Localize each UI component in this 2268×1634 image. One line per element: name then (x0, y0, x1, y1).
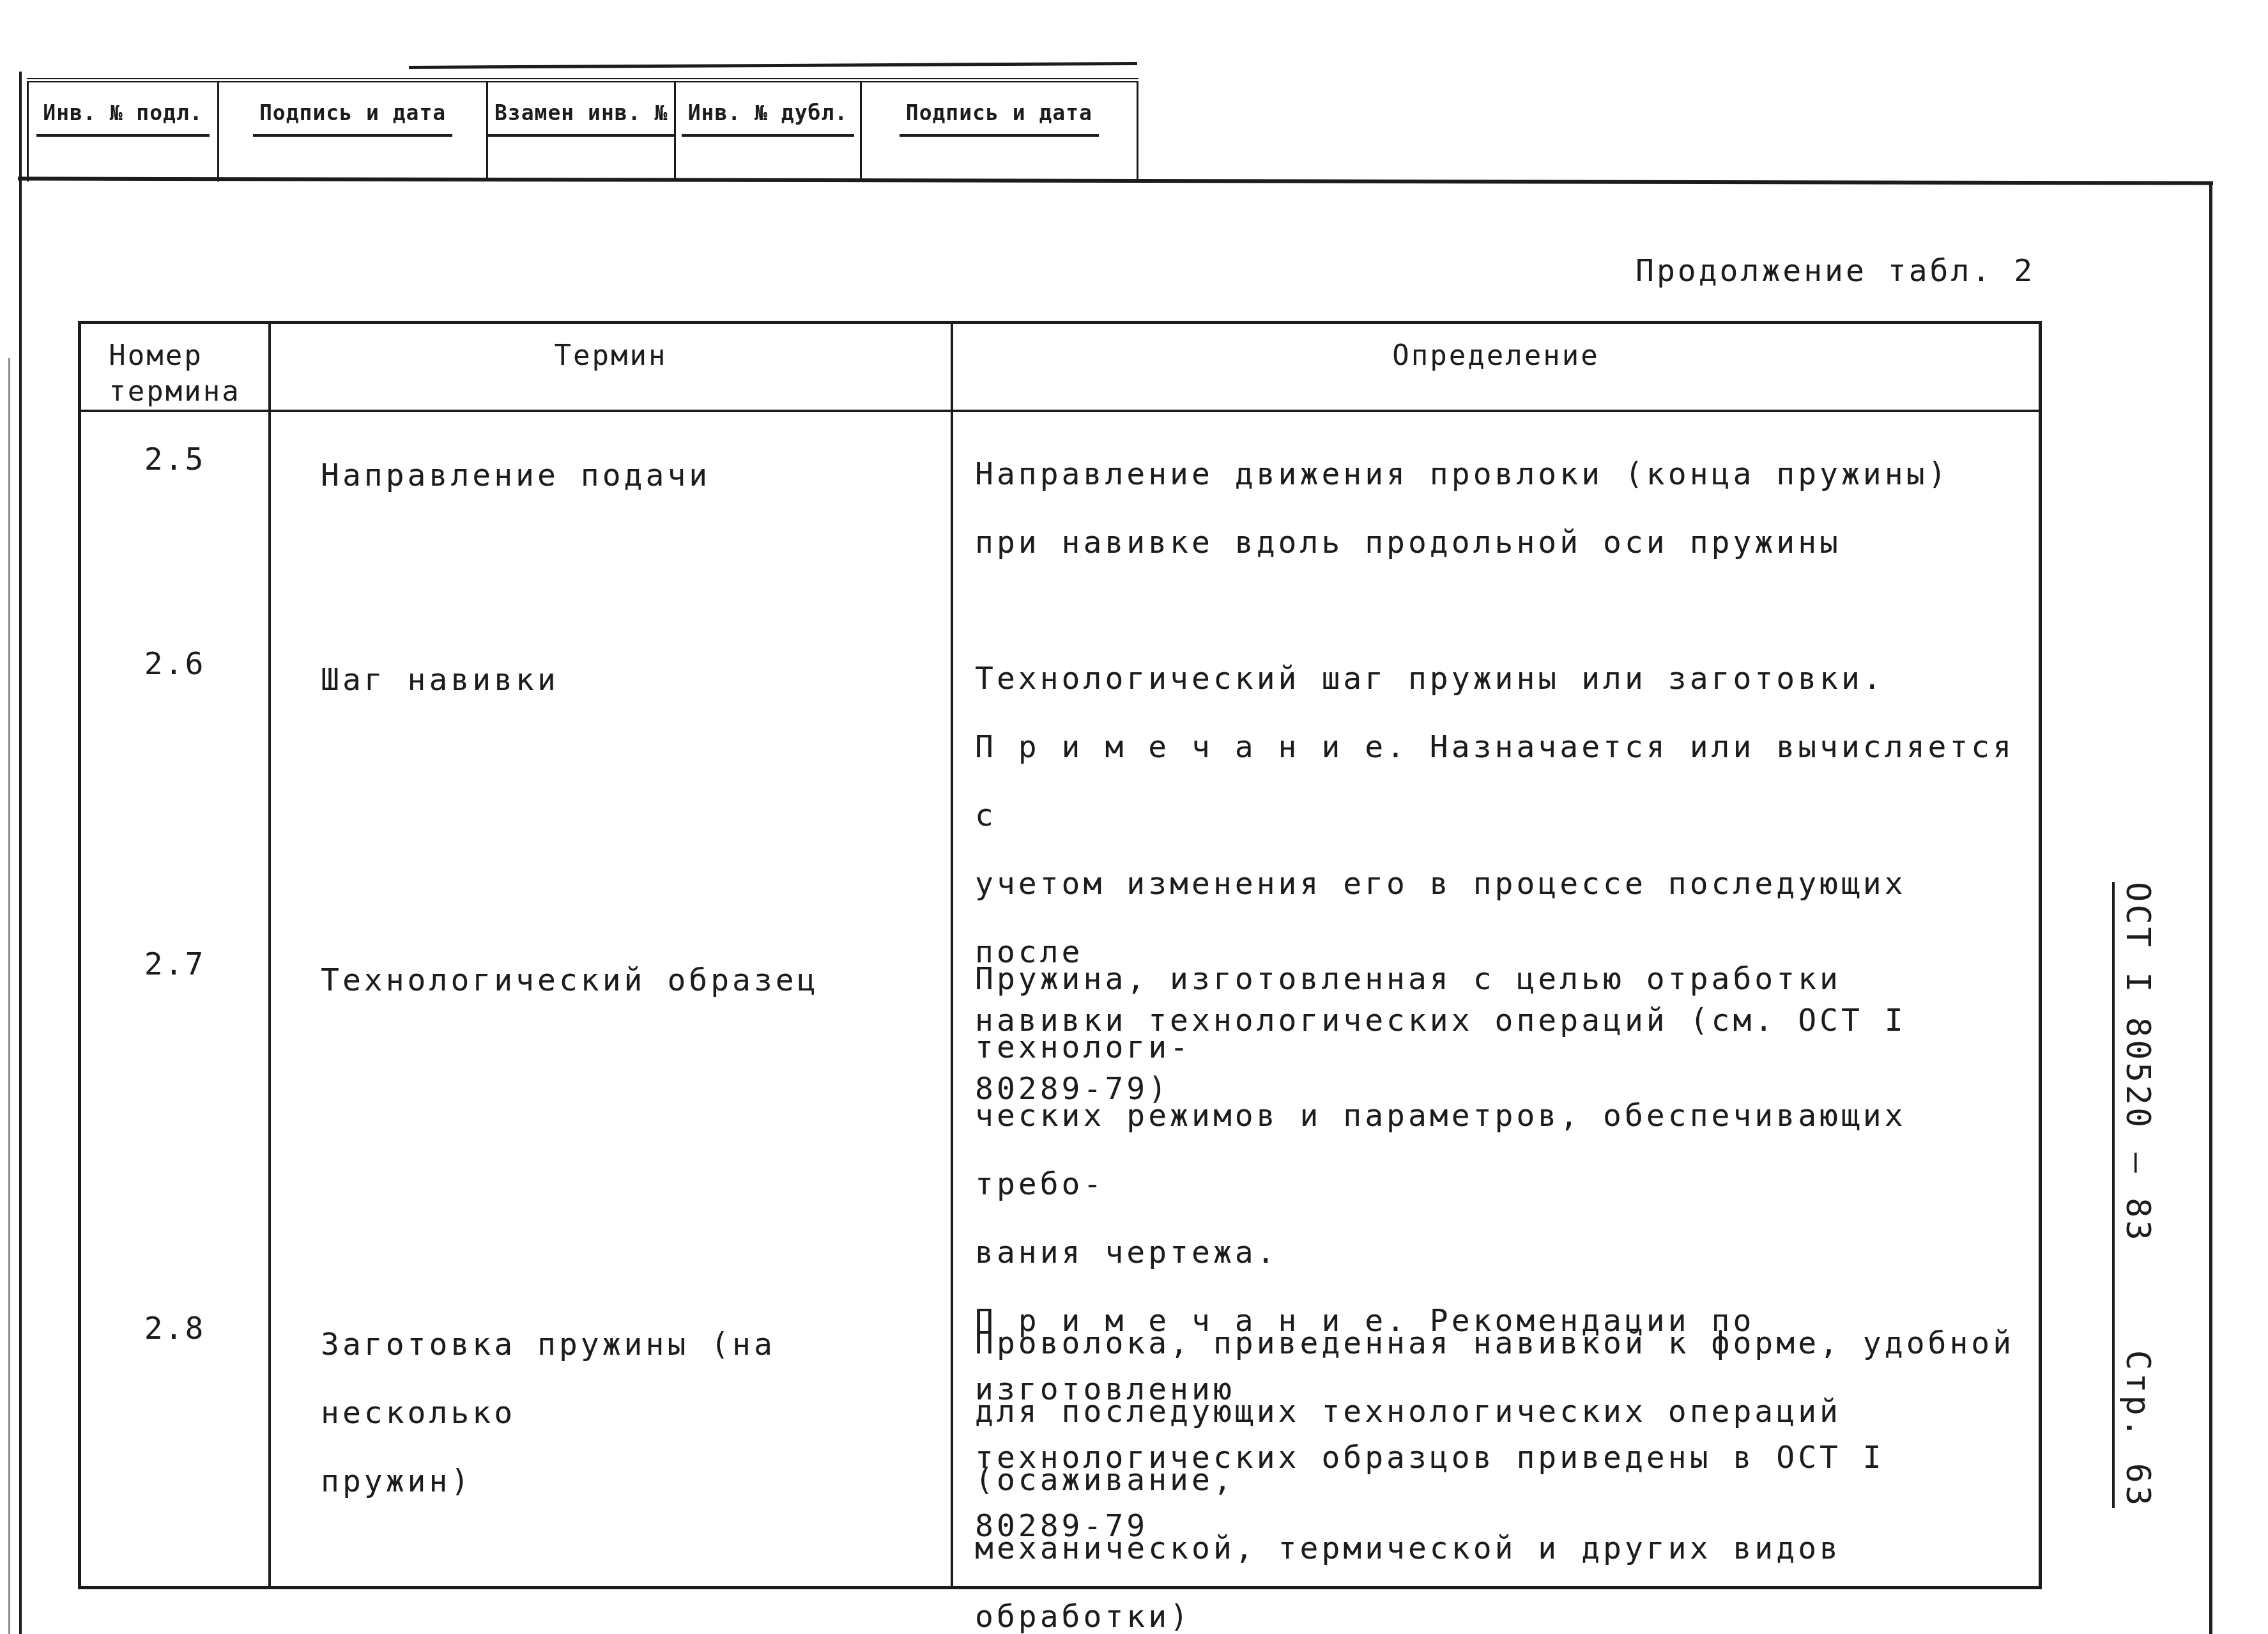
stamp-cell-vzamen-inv: Взамен инв. № (488, 82, 676, 181)
header-term-number: Номер термина (81, 324, 268, 412)
row-2-8-term: Заготовка пружины (на несколько пружин) (268, 1281, 951, 1586)
stamp-cell-podpis-data-1: Подпись и дата (219, 82, 488, 181)
table-continuation-caption: Продолжение табл. 2 (1636, 253, 2057, 289)
terms-definitions-table: Номер термина Термин Определение 2.5 Нап… (78, 321, 2042, 1589)
header-term: Термин (268, 324, 951, 412)
inventory-stamp-strip: Инв. № подл. Подпись и дата Взамен инв. … (27, 78, 1138, 181)
stamp-cell-inv-podl: Инв. № подл. (27, 82, 219, 181)
page-top-edge-line (409, 62, 1137, 69)
stamp-label: Подпись и дата (253, 100, 452, 137)
page-number: Стр. 63 (2119, 1350, 2157, 1508)
frame-left-shadow-line (8, 358, 10, 1634)
stamp-label: Подпись и дата (900, 100, 1099, 137)
row-2-6-number: 2.6 (81, 617, 268, 917)
row-2-5-definition: Направление движения провлоки (конца пру… (951, 412, 2039, 617)
row-2-5-number: 2.5 (81, 412, 268, 617)
frame-right-line (2209, 184, 2212, 1634)
row-2-6-term: Шаг навивки (268, 617, 951, 917)
row-2-6-definition: Технологический шаг пружины или заготовк… (951, 617, 2039, 917)
stamp-label: Инв. № дубл. (682, 100, 854, 137)
stamp-label: Взамен инв. № (488, 100, 674, 137)
frame-left-line (19, 72, 22, 1634)
row-2-8-number: 2.8 (81, 1281, 268, 1586)
document-number: ОСТ I 80520 — 83 (2119, 882, 2157, 1243)
row-2-7-definition: Пружина, изготовленная с целью отработки… (951, 917, 2039, 1281)
row-2-5-term: Направление подачи (268, 412, 951, 617)
stamp-cell-podpis-data-2: Подпись и дата (862, 82, 1138, 181)
side-document-number-stamp: ОСТ I 80520 — 83 Стр. 63 (2112, 882, 2168, 1508)
row-2-8-definition: Проволока, приведенная навивкой к форме,… (951, 1281, 2039, 1586)
stamp-label: Инв. № подл. (36, 100, 209, 137)
row-2-7-number: 2.7 (81, 917, 268, 1281)
row-2-7-term: Технологический образец (268, 917, 951, 1281)
header-definition: Определение (951, 324, 2039, 412)
stamp-cell-inv-dubl: Инв. № дубл. (676, 82, 862, 181)
scanned-standard-page: Инв. № подл. Подпись и дата Взамен инв. … (0, 0, 2268, 1634)
